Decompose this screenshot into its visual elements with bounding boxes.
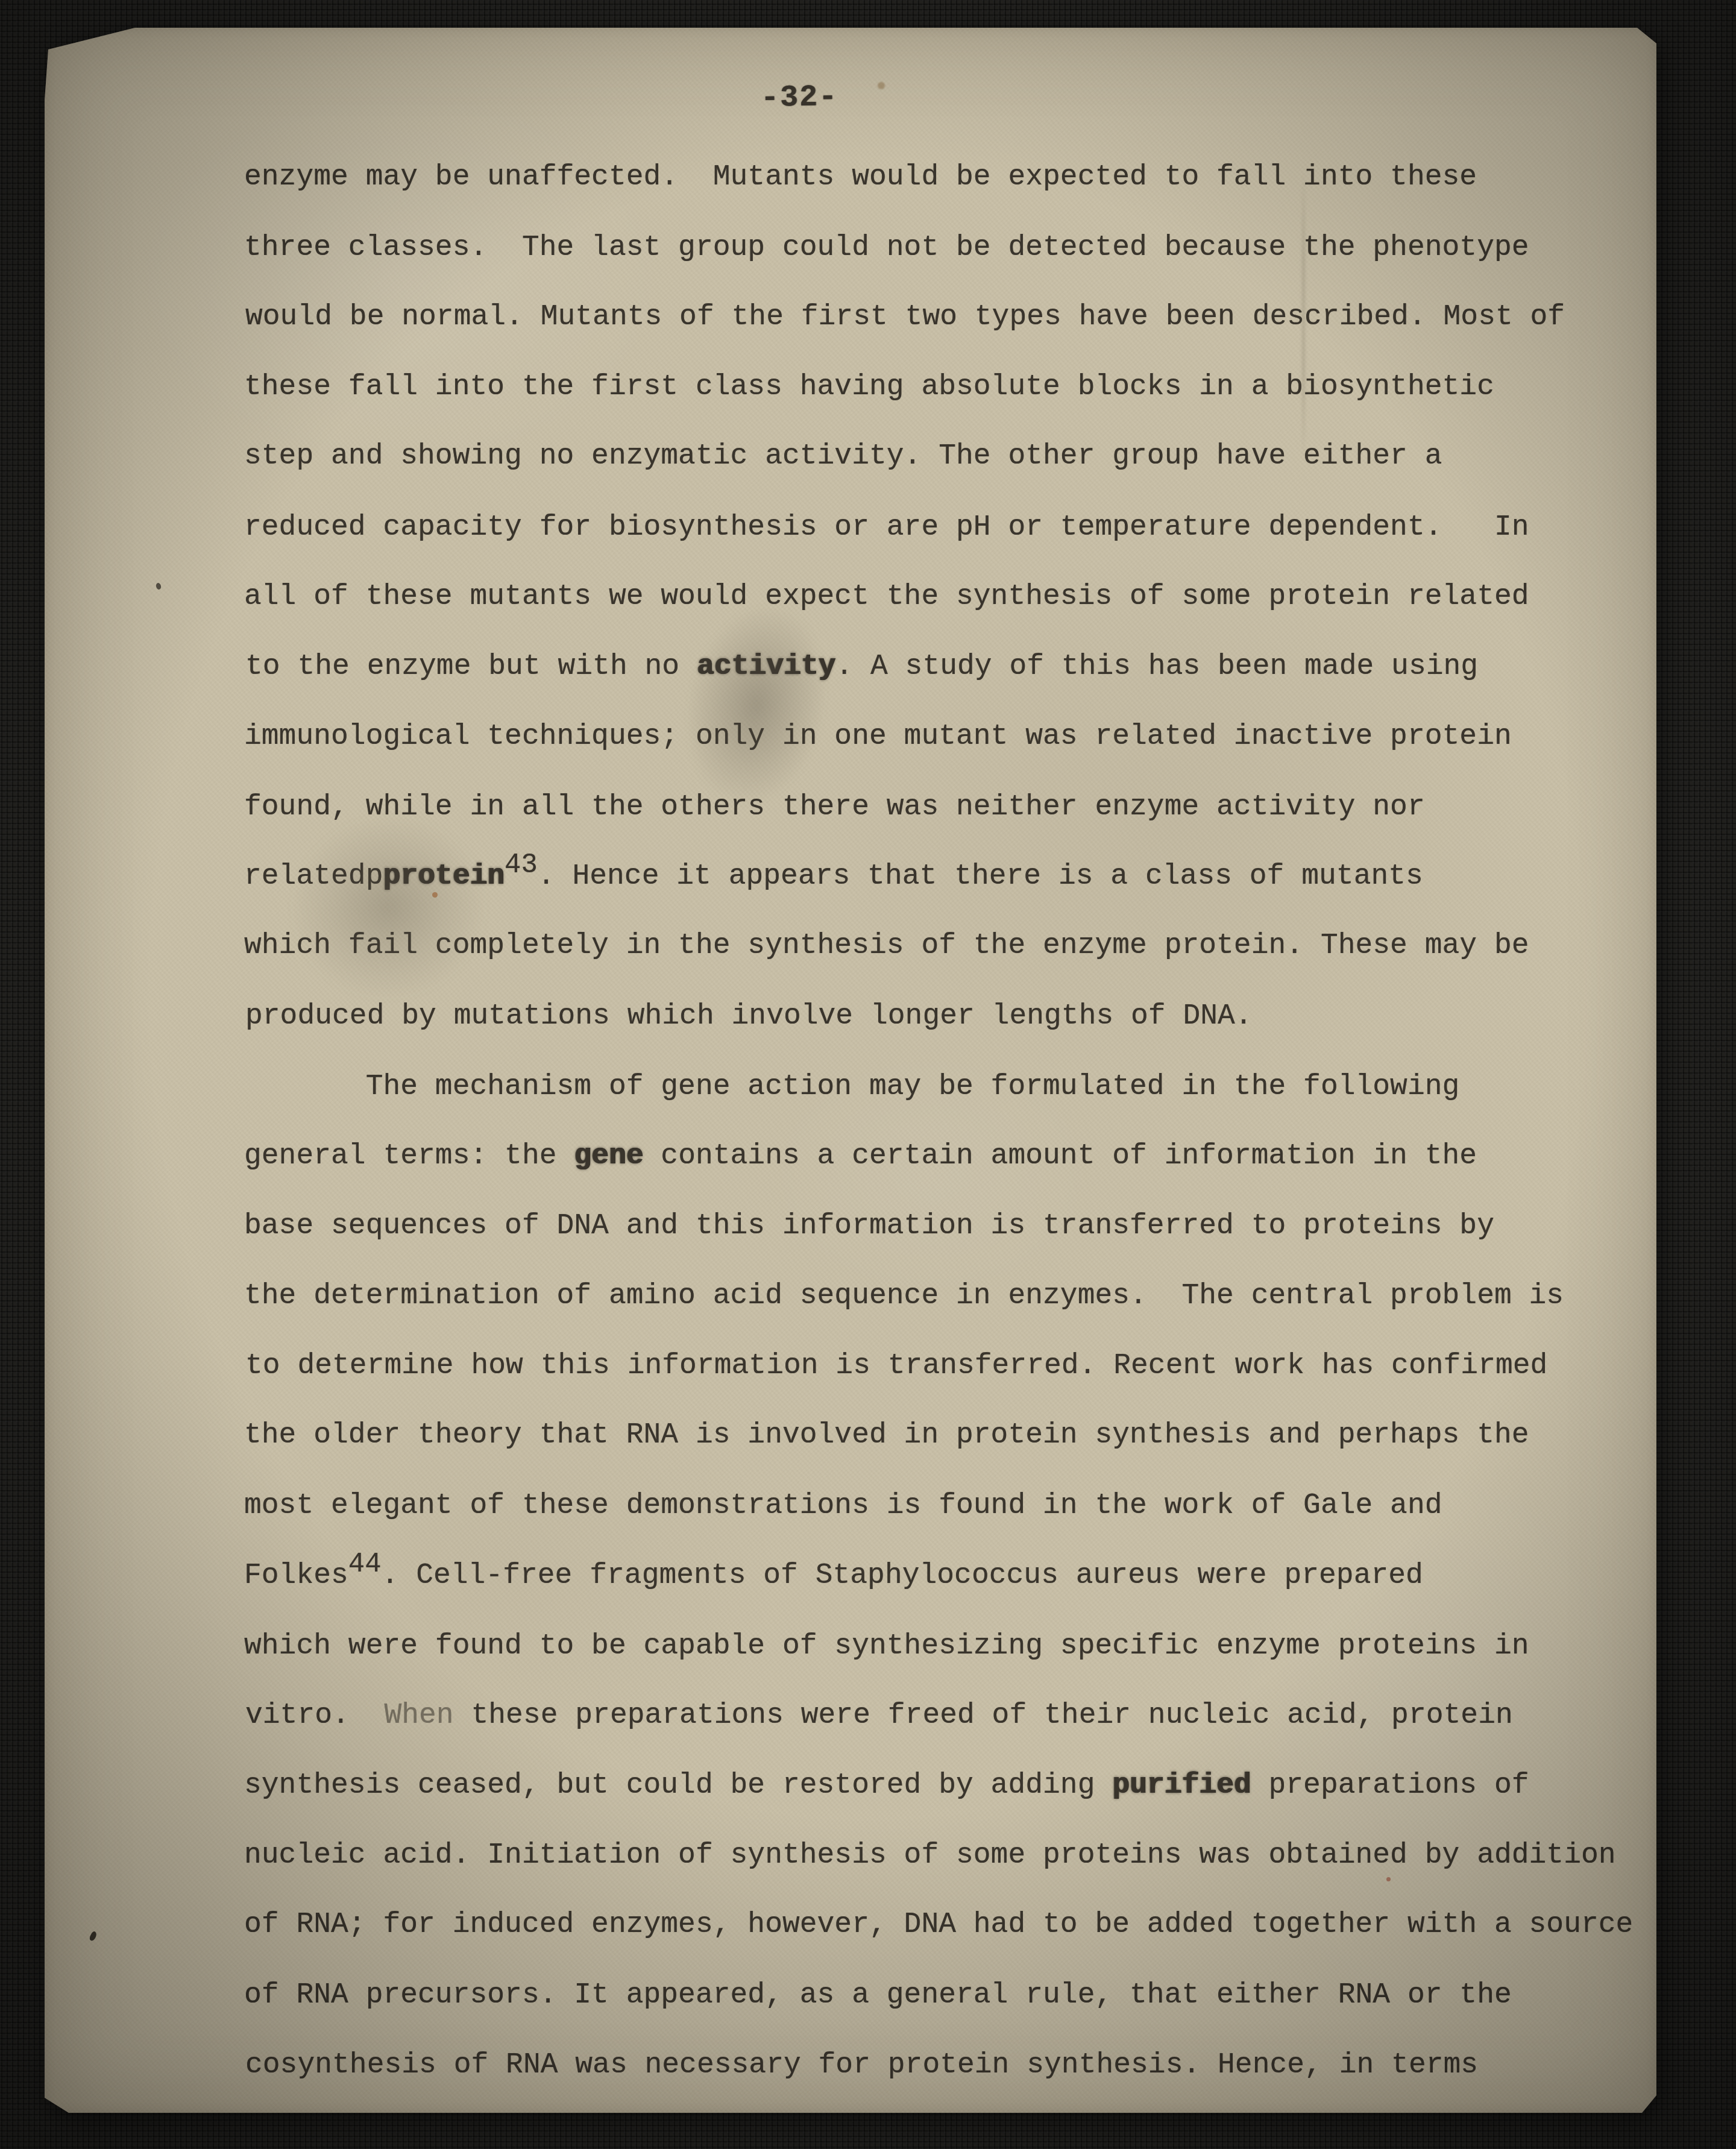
text-segment: purified [1112, 1769, 1251, 1802]
text-segment: enzyme may be unaffected. Mutants would … [244, 161, 1477, 194]
text-segment: When [384, 1699, 453, 1732]
text-segment: three classes. The last group could not … [244, 231, 1529, 264]
text-segment: all of these mutants we would expect the… [244, 581, 1529, 613]
text-line: step and showing no enzymatic activity. … [244, 421, 1638, 491]
text-line: enzyme may be unaffected. Mutants would … [244, 142, 1638, 212]
text-segment: The mechanism of gene action may be form… [244, 1071, 1459, 1103]
text-line: found, while in all the others there was… [244, 772, 1638, 842]
text-line: synthesis ceased, but could be restored … [244, 1751, 1638, 1820]
text-segment: relatedp [244, 860, 383, 893]
text-segment: which were found to be capable of synthe… [244, 1630, 1529, 1663]
text-line: of RNA precursors. It appeared, as a gen… [244, 1960, 1638, 2030]
scanned-document-photo: { "document": { "page_number": "-32-", "… [0, 0, 1736, 2149]
text-lines: enzyme may be unaffected. Mutants would … [244, 142, 1638, 2100]
text-segment: general terms: the [244, 1140, 574, 1172]
text-line: nucleic acid. Initiation of synthesis of… [244, 1820, 1638, 1890]
text-line: to determine how this information is tra… [245, 1331, 1640, 1401]
text-segment: protein [383, 860, 505, 893]
page-number: -32- [761, 80, 838, 116]
text-segment: contains a certain amount of information… [644, 1140, 1477, 1172]
text-segment: step and showing no enzymatic activity. … [244, 440, 1442, 473]
rust-speck [1386, 1877, 1391, 1881]
text-segment: most elegant of these demonstrations is … [244, 1490, 1442, 1522]
text-segment: Folkes [244, 1559, 348, 1592]
text-line: reduced capacity for biosynthesis or are… [244, 492, 1638, 562]
text-line: which fail completely in the synthesis o… [244, 911, 1638, 981]
text-line: Folkes44. Cell-free fragments of Staphyl… [244, 1541, 1638, 1611]
text-line: base sequences of DNA and this informati… [244, 1191, 1638, 1261]
text-segment: . Cell-free fragments of Staphylococcus … [382, 1559, 1423, 1592]
text-segment: produced by mutations which involve long… [245, 1000, 1253, 1033]
text-segment: these fall into the first class having a… [244, 371, 1494, 403]
rust-speck [432, 892, 438, 898]
text-line: vitro. When these preparations were free… [245, 1681, 1640, 1751]
text-segment: gene [574, 1140, 643, 1172]
text-segment: . Hence it appears that there is a class… [538, 860, 1423, 893]
text-line: the determination of amino acid sequence… [244, 1261, 1638, 1331]
text-segment: found, while in all the others there was… [244, 791, 1425, 823]
text-line: these fall into the first class having a… [244, 352, 1638, 422]
text-segment: nucleic acid. Initiation of synthesis of… [244, 1839, 1616, 1872]
text-segment: of RNA precursors. It appeared, as a gen… [244, 1979, 1512, 2012]
text-line: which were found to be capable of synthe… [244, 1611, 1638, 1681]
text-segment: to the enzyme but with no [245, 650, 697, 683]
paper-blemish-speck [878, 82, 885, 89]
footnote-reference: 44 [348, 1549, 382, 1580]
text-line: most elegant of these demonstrations is … [244, 1471, 1638, 1541]
paper-crease-mark [1302, 172, 1305, 462]
text-line: three classes. The last group could not … [244, 213, 1638, 283]
text-segment: would be normal. Mutants of the first tw… [245, 301, 1565, 333]
text-segment: base sequences of DNA and this informati… [244, 1210, 1494, 1242]
manuscript-page: -32- enzyme may be unaffected. Mutants w… [45, 28, 1656, 2113]
ink-speck [89, 1931, 98, 1942]
text-segment: activity [697, 650, 835, 683]
text-segment: the determination of amino acid sequence… [244, 1280, 1564, 1312]
text-line: The mechanism of gene action may be form… [244, 1052, 1638, 1122]
text-line: cosynthesis of RNA was necessary for pro… [245, 2030, 1640, 2100]
text-segment: to determine how this information is tra… [245, 1350, 1547, 1382]
typewritten-text-block: enzyme may be unaffected. Mutants would … [244, 142, 1638, 2100]
text-line: produced by mutations which involve long… [245, 981, 1640, 1051]
footnote-reference: 43 [505, 849, 538, 881]
text-segment: these preparations were freed of their n… [454, 1699, 1513, 1732]
text-line: relatedpprotein43. Hence it appears that… [244, 842, 1638, 911]
text-line: would be normal. Mutants of the first tw… [245, 282, 1640, 352]
text-line: general terms: the gene contains a certa… [244, 1121, 1638, 1191]
text-segment: of RNA; for induced enzymes, however, DN… [244, 1908, 1633, 1941]
text-line: all of these mutants we would expect the… [244, 562, 1638, 632]
text-segment: cosynthesis of RNA was necessary for pro… [245, 2049, 1478, 2081]
text-segment: the older theory that RNA is involved in… [244, 1419, 1529, 1452]
text-segment: synthesis ceased, but could be restored … [244, 1769, 1112, 1802]
text-line: of RNA; for induced enzymes, however, DN… [244, 1890, 1638, 1960]
text-segment: vitro. [245, 1699, 384, 1732]
text-line: immunological techniques; only in one mu… [244, 702, 1638, 772]
text-segment: which fail completely in the synthesis o… [244, 930, 1529, 962]
text-segment: immunological techniques; only in one mu… [244, 720, 1512, 753]
text-line: to the enzyme but with no activity. A st… [245, 632, 1640, 702]
ink-speck [156, 582, 162, 590]
text-segment: preparations of [1251, 1769, 1529, 1802]
text-segment: reduced capacity for biosynthesis or are… [244, 511, 1529, 544]
text-segment: . A study of this has been made using [835, 650, 1478, 683]
text-line: the older theory that RNA is involved in… [244, 1400, 1638, 1470]
